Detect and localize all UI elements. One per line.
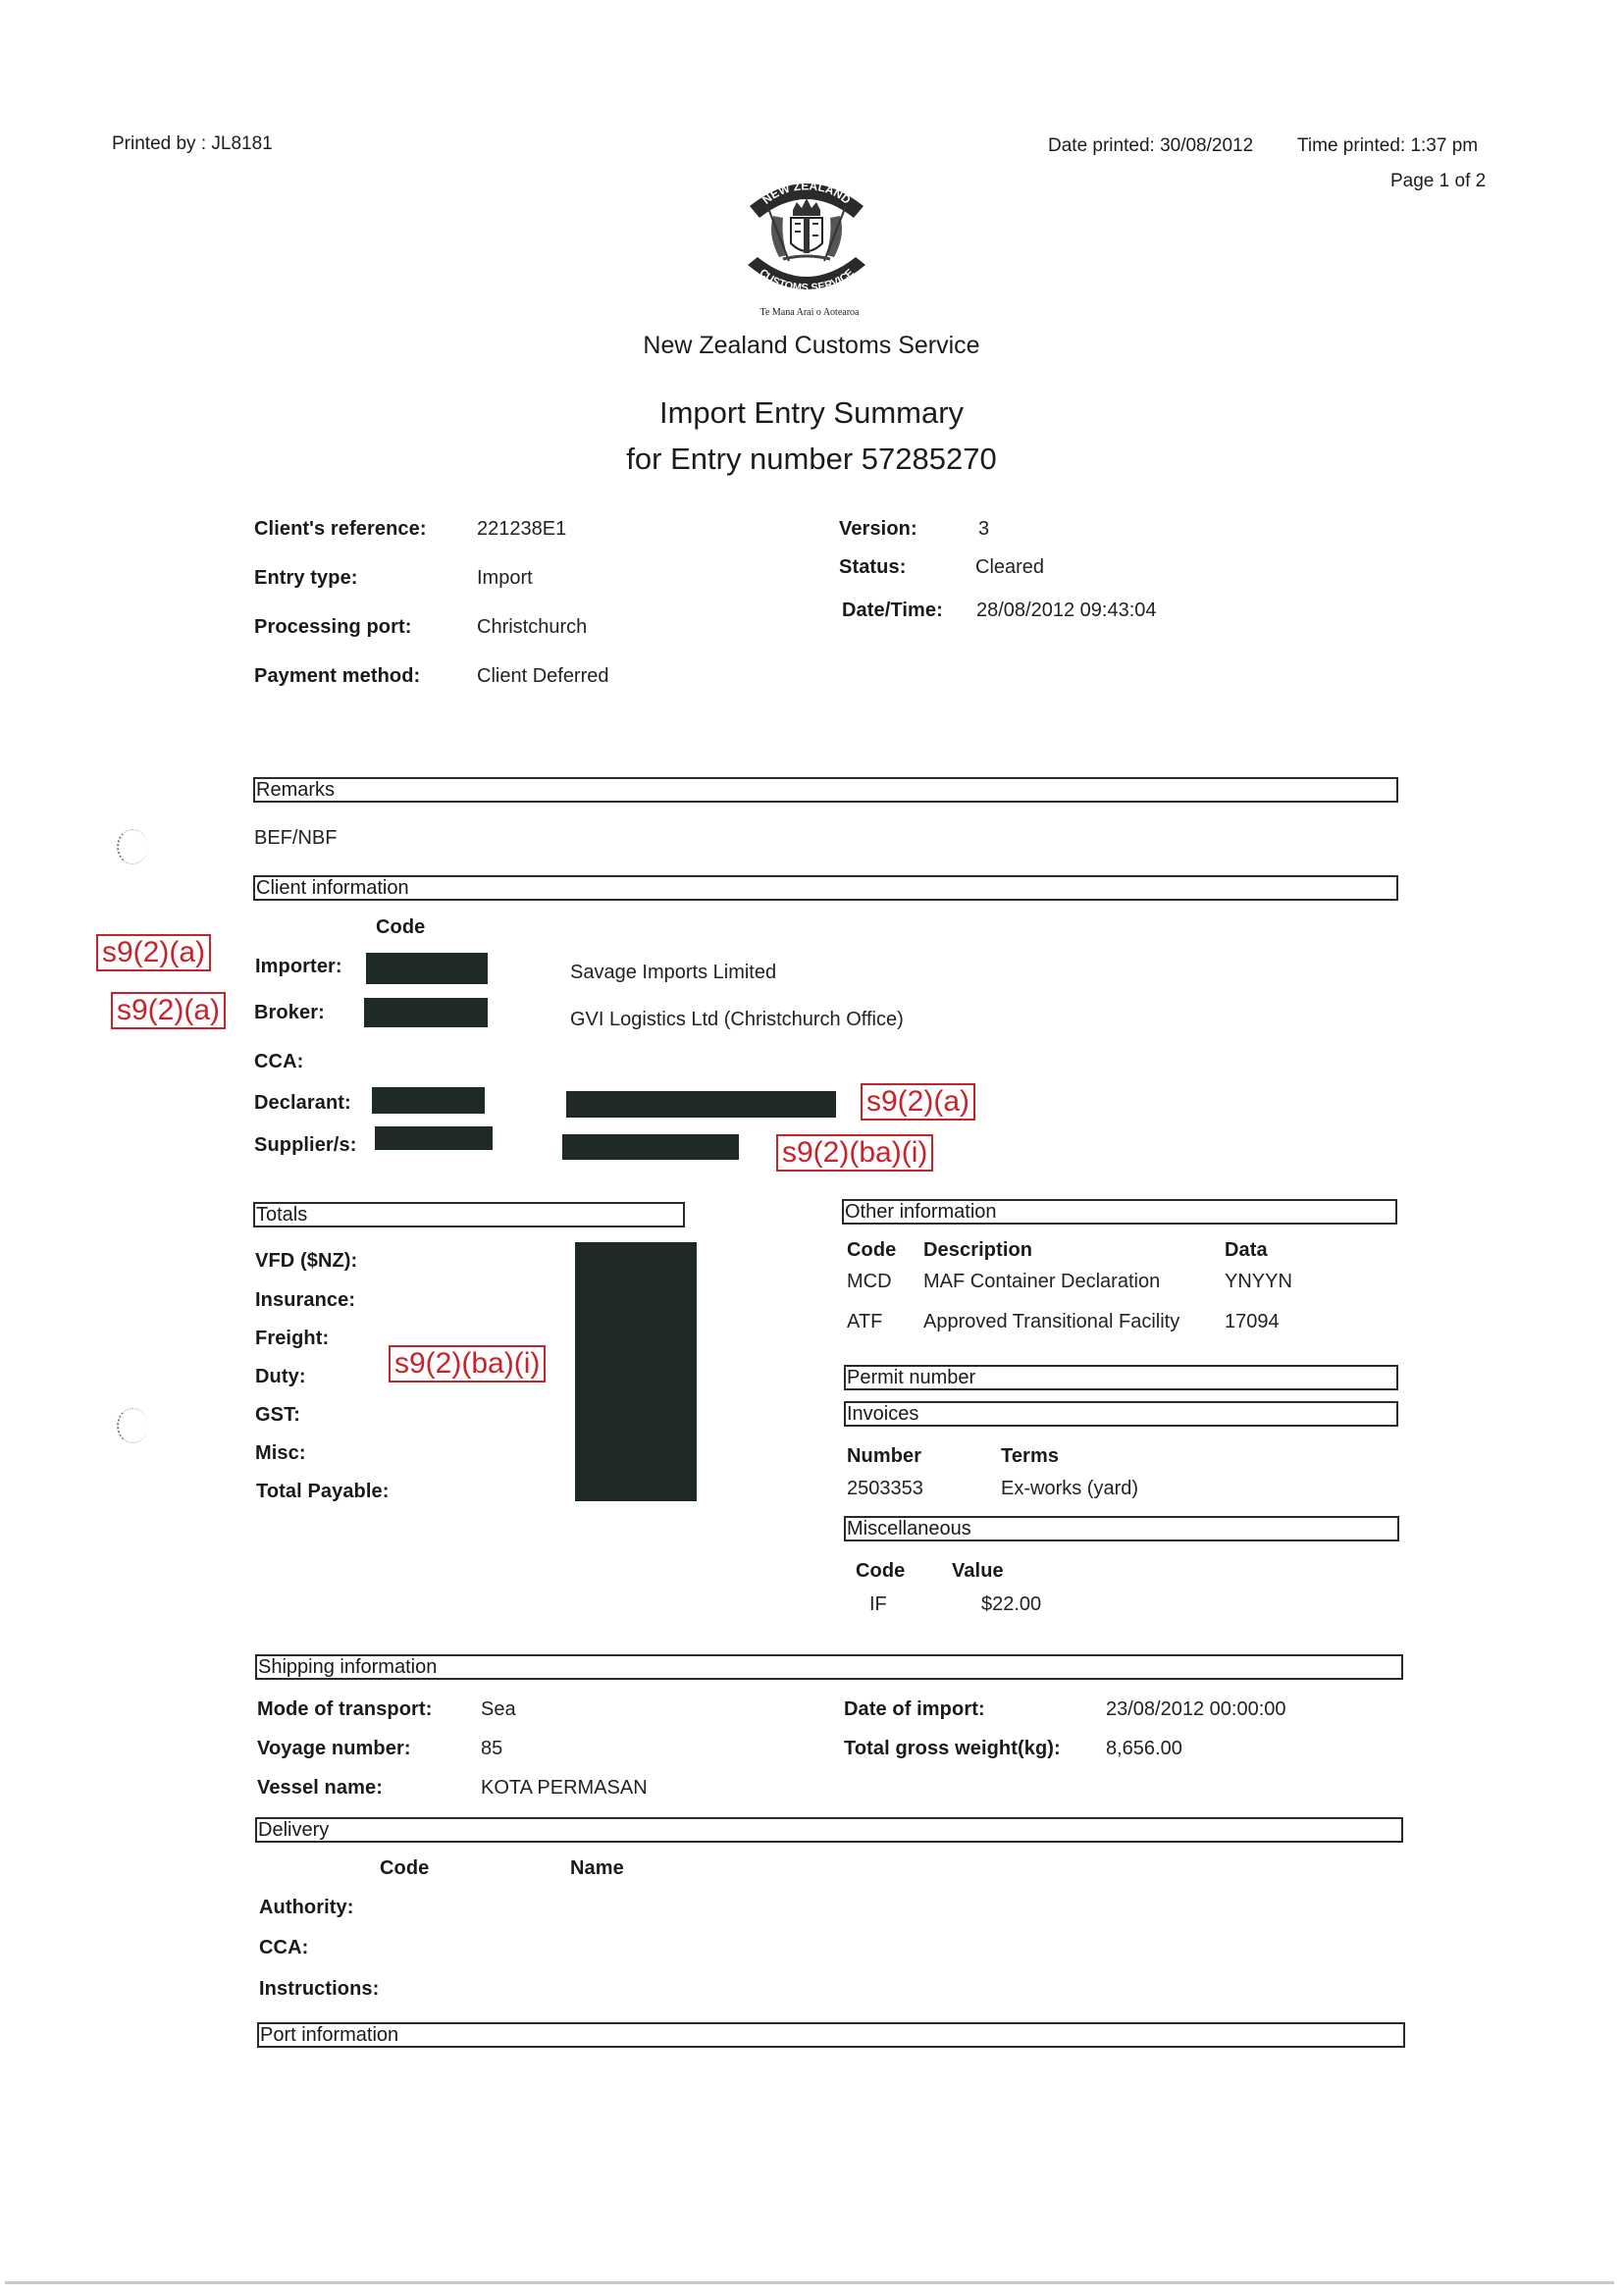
- permit-number-section-header: Permit number: [844, 1365, 1398, 1390]
- datetime-value: 28/08/2012 09:43:04: [976, 600, 1157, 622]
- authority-label: Authority:: [259, 1897, 354, 1919]
- misc-code: IF: [869, 1593, 887, 1616]
- other-info-data: 17094: [1225, 1311, 1280, 1333]
- punch-hole-icon: [117, 829, 148, 864]
- importer-name: Savage Imports Limited: [570, 962, 776, 984]
- logo-motto: Te Mana Arai o Aotearoa: [687, 307, 932, 318]
- date-of-import-label: Date of import:: [844, 1698, 985, 1721]
- invoices-section-header: Invoices: [844, 1401, 1398, 1427]
- remarks-text: BEF/NBF: [254, 827, 337, 850]
- status-value: Cleared: [975, 556, 1044, 579]
- processing-port-label: Processing port:: [254, 616, 412, 639]
- invoice-number: 2503353: [847, 1478, 923, 1500]
- freight-label: Freight:: [255, 1328, 329, 1350]
- port-info-section-header: Port information: [257, 2022, 1405, 2048]
- vessel-name-label: Vessel name:: [257, 1777, 383, 1800]
- processing-port-value: Christchurch: [477, 616, 587, 639]
- page-number: Page 1 of 2: [1390, 171, 1486, 192]
- delivery-name-header: Name: [570, 1857, 624, 1880]
- gross-weight-label: Total gross weight(kg):: [844, 1738, 1061, 1760]
- voyage-number-value: 85: [481, 1738, 502, 1760]
- client-code-header: Code: [376, 916, 425, 939]
- remarks-section-header: Remarks: [253, 777, 1398, 803]
- insurance-label: Insurance:: [255, 1289, 355, 1312]
- date-of-import-value: 23/08/2012 00:00:00: [1106, 1698, 1286, 1721]
- entry-number-title: for Entry number 57285270: [517, 442, 1106, 477]
- invoice-terms-header: Terms: [1001, 1445, 1059, 1468]
- importer-label: Importer:: [255, 956, 342, 978]
- declarant-label: Declarant:: [254, 1092, 351, 1115]
- declarant-name-redaction: [566, 1091, 836, 1118]
- duty-label: Duty:: [255, 1366, 306, 1388]
- totals-section-header: Totals: [253, 1202, 685, 1227]
- delivery-cca-label: CCA:: [259, 1937, 308, 1959]
- nz-customs-crest-icon: NEW ZEALAND CUSTOMS SERVICE: [738, 167, 875, 304]
- date-printed: Date printed: 30/08/2012: [1048, 135, 1253, 157]
- declarant-code-redaction: [372, 1087, 485, 1114]
- other-info-code: MCD: [847, 1271, 892, 1293]
- invoice-terms: Ex-works (yard): [1001, 1478, 1138, 1500]
- payment-method-value: Client Deferred: [477, 665, 609, 688]
- other-info-description-header: Description: [923, 1239, 1032, 1262]
- importer-code-redaction: [366, 953, 488, 984]
- misc-label: Misc:: [255, 1442, 306, 1465]
- misc-value-header: Value: [952, 1560, 1004, 1583]
- total-payable-label: Total Payable:: [256, 1481, 390, 1503]
- printed-by: Printed by : JL8181: [112, 133, 273, 155]
- totals-values-redaction: [575, 1242, 697, 1501]
- importer-exemption-badge: s9(2)(a): [96, 934, 211, 971]
- page-title: Import Entry Summary: [517, 395, 1106, 431]
- cca-label: CCA:: [254, 1051, 303, 1073]
- punch-hole-icon: [117, 1408, 148, 1443]
- gst-label: GST:: [255, 1404, 300, 1427]
- misc-value: $22.00: [981, 1593, 1041, 1616]
- other-info-description: MAF Container Declaration: [923, 1271, 1160, 1293]
- broker-code-redaction: [364, 998, 488, 1027]
- broker-exemption-badge: s9(2)(a): [111, 992, 226, 1029]
- client-reference-value: 221238E1: [477, 518, 566, 541]
- page-edge-divider: [5, 2281, 1614, 2284]
- supplier-code-redaction: [375, 1126, 493, 1150]
- payment-method-label: Payment method:: [254, 665, 420, 688]
- instructions-label: Instructions:: [259, 1978, 379, 2001]
- vfd-label: VFD ($NZ):: [255, 1250, 357, 1273]
- broker-name: GVI Logistics Ltd (Christchurch Office): [570, 1009, 904, 1031]
- vessel-name-value: KOTA PERMASAN: [481, 1777, 648, 1800]
- client-info-section-header: Client information: [253, 875, 1398, 901]
- other-info-section-header: Other information: [842, 1199, 1397, 1225]
- shipping-info-section-header: Shipping information: [255, 1654, 1403, 1680]
- datetime-label: Date/Time:: [842, 600, 943, 622]
- other-info-code: ATF: [847, 1311, 882, 1333]
- misc-code-header: Code: [856, 1560, 905, 1583]
- other-info-data-header: Data: [1225, 1239, 1268, 1262]
- client-reference-label: Client's reference:: [254, 518, 427, 541]
- mode-of-transport-label: Mode of transport:: [257, 1698, 432, 1721]
- invoice-number-header: Number: [847, 1445, 921, 1468]
- status-label: Status:: [839, 556, 906, 579]
- miscellaneous-section-header: Miscellaneous: [844, 1516, 1399, 1541]
- version-value: 3: [978, 518, 989, 541]
- supplier-exemption-badge: s9(2)(ba)(i): [776, 1134, 933, 1172]
- voyage-number-label: Voyage number:: [257, 1738, 411, 1760]
- delivery-section-header: Delivery: [255, 1817, 1403, 1843]
- other-info-description: Approved Transitional Facility: [923, 1311, 1179, 1333]
- broker-label: Broker:: [254, 1002, 325, 1024]
- org-name: New Zealand Customs Service: [517, 332, 1106, 360]
- delivery-code-header: Code: [380, 1857, 429, 1880]
- version-label: Version:: [839, 518, 917, 541]
- mode-of-transport-value: Sea: [481, 1698, 516, 1721]
- entry-type-value: Import: [477, 567, 533, 590]
- gross-weight-value: 8,656.00: [1106, 1738, 1182, 1760]
- entry-type-label: Entry type:: [254, 567, 358, 590]
- time-printed: Time printed: 1:37 pm: [1297, 135, 1478, 157]
- other-info-data: YNYYN: [1225, 1271, 1292, 1293]
- other-info-code-header: Code: [847, 1239, 896, 1262]
- supplier-label: Supplier/s:: [254, 1134, 356, 1157]
- supplier-name-redaction: [562, 1134, 739, 1160]
- totals-exemption-badge: s9(2)(ba)(i): [389, 1345, 546, 1383]
- declarant-exemption-badge: s9(2)(a): [861, 1083, 975, 1121]
